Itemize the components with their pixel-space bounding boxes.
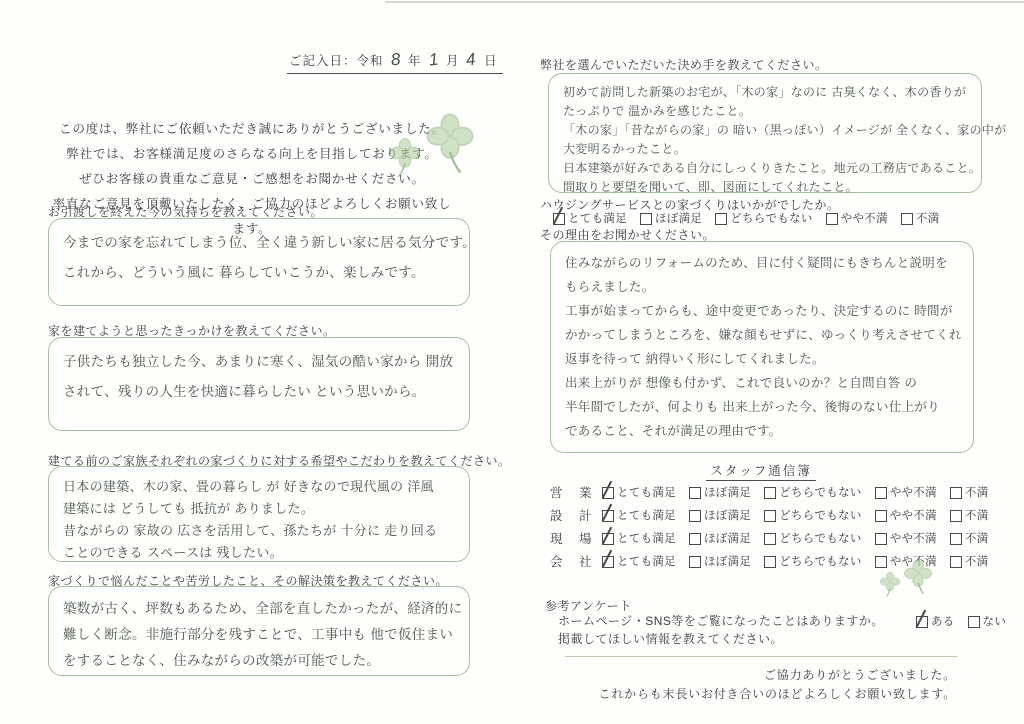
handwritten-line: 返事を待って 納得いく形にしてくれました。 — [565, 347, 959, 371]
divider-line — [565, 656, 957, 657]
checkbox-design-somewhat-dissatisfied[interactable] — [875, 510, 887, 522]
checkbox-company-very-satisfied[interactable] — [602, 556, 614, 568]
checkbox-option: とても満足 — [553, 210, 627, 226]
clover-icon — [902, 560, 934, 596]
checkbox-design-very-satisfied[interactable] — [602, 510, 614, 522]
checkbox-somewhat-dissatisfied[interactable] — [826, 213, 838, 225]
checkbox-option: やや不満 — [826, 210, 888, 226]
handwritten-line: 建築には どうしても 抵抗が ありました。 — [63, 498, 455, 520]
staff-row-label: 営 業 — [550, 483, 602, 501]
staff-report-title: スタッフ通信簿 — [540, 461, 982, 479]
footer-thanks-line: ご協力ありがとうございました。 — [764, 666, 956, 685]
checkbox-company-somewhat-dissatisfied[interactable] — [875, 556, 887, 568]
handwritten-line: 半年間でしたが、何よりも 出来上がった今、後悔のない仕上がり — [565, 395, 959, 419]
checkbox-site-neutral[interactable] — [764, 533, 776, 545]
sns-question-label: ホームページ・SNS等をご覧になったことはありますか。 — [558, 612, 884, 629]
sns-question-row: ホームページ・SNS等をご覧になったことはありますか。 ある ない — [558, 612, 1019, 629]
clover-icon — [424, 112, 476, 176]
checkbox-mostly-satisfied[interactable] — [640, 213, 652, 225]
checkbox-sns-yes[interactable] — [916, 616, 928, 628]
checkbox-sales-dissatisfied[interactable] — [950, 487, 962, 499]
answer-box-feelings: 今までの家を忘れてしまう位、全く違う新しい家に居る気分です。 これから、どういう… — [48, 218, 470, 306]
housing-satisfaction-options: とても満足 ほぼ満足 どちらでもない やや不満 不満 — [553, 210, 953, 226]
question-decider-label: 弊社を選んでいただいた決め手を教えてください。 — [540, 56, 828, 73]
staff-row-sales: 営 業 とても満足 ほぼ満足 どちらでもない やや不満 不満 — [550, 483, 1002, 501]
handwritten-line: 初めて訪問した新築のお宅が、「木の家」なのに 古臭くなく、木の香りが — [563, 83, 967, 102]
checkbox-design-mostly-satisfied[interactable] — [689, 510, 701, 522]
staff-row-label: 現 場 — [550, 529, 602, 547]
handwritten-line: 子供たちも独立した今、あまりに寒く、湿気の酷い家から 開放 — [63, 347, 455, 377]
handwritten-line: されて、残りの人生を快適に暮らしたい という思いから。 — [63, 377, 455, 407]
clover-icon — [878, 572, 902, 598]
date-day-unit: 日 — [484, 51, 498, 69]
checkbox-company-neutral[interactable] — [764, 556, 776, 568]
staff-row-label: 会 社 — [550, 552, 602, 570]
handwritten-line: 日本の建築、木の家、畳の暮らし が 好きなので現代風の 洋風 — [63, 476, 455, 498]
handwritten-line: 築数が古く、坪数もあるため、全部を直したかったが、経済的に — [63, 596, 455, 622]
handwritten-line: 間取りと要望を聞いて、即、図面にしてくれたこと。 — [563, 178, 967, 197]
checkbox-option: どちらでもない — [715, 210, 812, 226]
scanned-survey-page: ご記入日：令和 8 年 1 月 4 日 この度は、弊社にご依頼いただき誠にありが… — [0, 0, 1024, 724]
checkbox-design-neutral[interactable] — [764, 510, 776, 522]
date-year-unit: 年 — [408, 51, 422, 69]
footer-closing-line: これからも末長いお付き合いのほどよろしくお願い致します。 — [599, 685, 956, 704]
handwritten-line: 難しく断念。非施行部分を残すことで、工事中も 他で仮住まい — [63, 622, 455, 648]
checkbox-sales-neutral[interactable] — [764, 487, 776, 499]
checkbox-option: ほぼ満足 — [640, 210, 702, 226]
checkbox-site-somewhat-dissatisfied[interactable] — [875, 533, 887, 545]
answer-box-trigger: 子供たちも独立した今、あまりに寒く、湿気の酷い家から 開放 されて、残りの人生を… — [48, 337, 470, 431]
staff-row-label: 設 計 — [550, 506, 602, 524]
staff-row-site: 現 場 とても満足 ほぼ満足 どちらでもない やや不満 不満 — [550, 529, 1002, 547]
handwritten-line: をすることなく、住みながらの改築が可能でした。 — [63, 648, 455, 674]
date-year-value: 8 — [389, 50, 402, 71]
checkbox-site-mostly-satisfied[interactable] — [689, 533, 701, 545]
checkbox-option: 不満 — [901, 210, 940, 226]
handwritten-line: もらえました。 — [565, 275, 959, 299]
scan-artifact-line — [385, 1, 1024, 3]
checkbox-dissatisfied[interactable] — [901, 213, 913, 225]
checkbox-company-dissatisfied[interactable] — [950, 556, 962, 568]
fill-in-date: ご記入日：令和 8 年 1 月 4 日 — [287, 50, 503, 74]
clover-icon — [388, 138, 422, 178]
staff-row-design: 設 計 とても満足 ほぼ満足 どちらでもない やや不満 不満 — [550, 506, 1002, 524]
handwritten-line: であること、それが満足の理由です。 — [565, 419, 959, 443]
handwritten-line: 「木の家」「昔ながらの家」の 暗い（黒っぽい）イメージが 全くなく、家の中が — [563, 121, 967, 140]
info-request-label: 掲載してほしい情報を教えてください。 — [558, 630, 783, 647]
handwritten-line: 住みながらのリフォームのため、目に付く疑問にもきちんと説明を — [565, 251, 959, 275]
handwritten-line: これから、どういう風に 暮らしていこうか、楽しみです。 — [63, 258, 455, 288]
checkbox-neutral[interactable] — [715, 213, 727, 225]
handwritten-line: 大変明るかったこと。 — [563, 140, 967, 159]
handwritten-line: かかってしまうところを、嫌な顔もせずに、ゆっくり考えさせてくれ — [565, 323, 959, 347]
answer-box-decider: 初めて訪問した新築のお宅が、「木の家」なのに 古臭くなく、木の香りが たっぷりで… — [548, 73, 982, 193]
answer-box-troubles: 築数が古く、坪数もあるため、全部を直したかったが、経済的に 難しく断念。非施行部… — [48, 586, 470, 676]
handwritten-line: 工事が始まってからも、途中変更であったり、決定するのに 時間が — [565, 299, 959, 323]
answer-box-wishes: 日本の建築、木の家、畳の暮らし が 好きなので現代風の 洋風 建築には どうして… — [48, 466, 470, 562]
checkbox-company-mostly-satisfied[interactable] — [689, 556, 701, 568]
checkbox-sales-very-satisfied[interactable] — [602, 487, 614, 499]
checkbox-sns-no[interactable] — [968, 616, 980, 628]
handwritten-line: 今までの家を忘れてしまう位、全く違う新しい家に居る気分です。 — [63, 228, 455, 258]
date-prefix-label: ご記入日：令和 — [289, 51, 384, 69]
handwritten-line: たっぷりで 温かみを感じたこと。 — [563, 102, 967, 121]
checkbox-sales-somewhat-dissatisfied[interactable] — [875, 487, 887, 499]
checkbox-very-satisfied[interactable] — [553, 213, 565, 225]
date-day-value: 4 — [465, 50, 478, 71]
checkbox-design-dissatisfied[interactable] — [950, 510, 962, 522]
handwritten-line: 出来上がりが 想像も付かず、これで良いのか？と自問自答 の — [565, 371, 959, 395]
date-month-value: 1 — [427, 50, 440, 71]
checkbox-site-dissatisfied[interactable] — [950, 533, 962, 545]
checkbox-site-very-satisfied[interactable] — [602, 533, 614, 545]
handwritten-line: 日本建築が好みである自分にしっくりきたこと。地元の工務店であること。 — [563, 159, 967, 178]
handwritten-line: ことのできる スペースは 残したい。 — [63, 542, 455, 564]
checkbox-sales-mostly-satisfied[interactable] — [689, 487, 701, 499]
answer-box-reason: 住みながらのリフォームのため、目に付く疑問にもきちんと説明を もらえました。 工… — [550, 241, 974, 453]
date-month-unit: 月 — [446, 51, 460, 69]
handwritten-line: 昔ながらの 家故の 広さを活用して、孫たちが 十分に 走り回る — [63, 520, 455, 542]
